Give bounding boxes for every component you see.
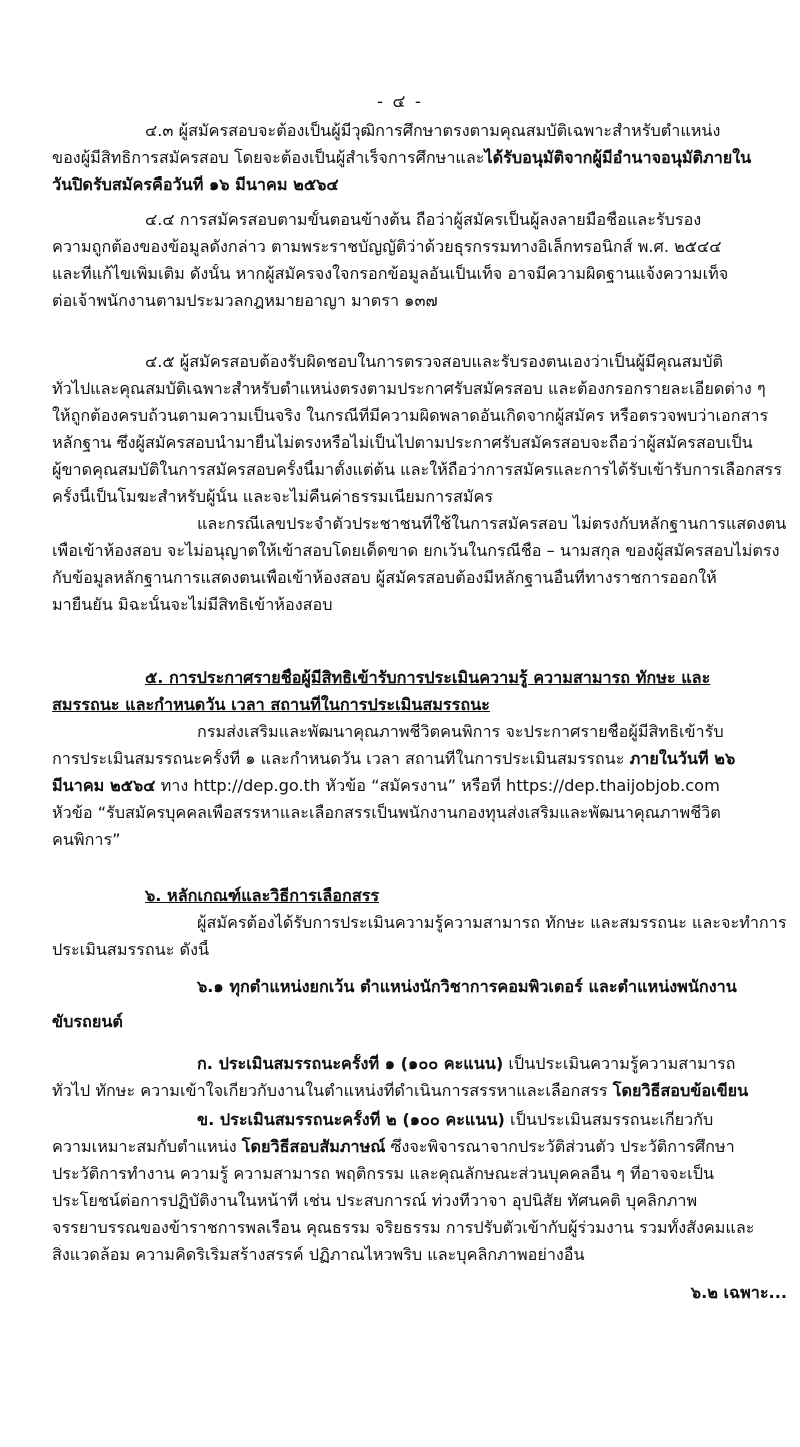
s6-1-line-2: ขับรถยนต์ — [52, 1012, 787, 1032]
s5-line-5: คนพิการ” — [52, 830, 787, 850]
s6-b-text: เป็นประเมินสมรรถนะเกี่ยวกับ — [505, 1110, 713, 1129]
s6-a-line-2: ทั่วไป ทักษะ ความเข้าใจเกี่ยวกับงานในตำแ… — [52, 1081, 787, 1101]
next-page-continuation: ๖.๒ เฉพาะ... — [52, 1283, 787, 1303]
s4-5-line-3: ให้ถูกต้องครบถ้วนตามความเป็นจริง ในกรณีท… — [52, 406, 787, 426]
s4-3-line-3: วันปิดรับสมัครคือวันที่ ๑๖ มีนาคม ๒๕๖๔ — [52, 175, 787, 195]
section-5-heading-line-1: ๕. การประกาศรายชื่อผู้มีสิทธิเข้ารับการป… — [52, 668, 787, 688]
s4-4-line-4: ต่อเจ้าพนักงานตามประมวลกฎหมายอาญา มาตรา … — [52, 291, 787, 311]
page-number: - ๔ - — [0, 88, 800, 115]
s6-a-text-2: ทั่วไป ทักษะ ความเข้าใจเกี่ยวกับงานในตำแ… — [52, 1081, 613, 1100]
s4-5-line-6: ครั้งนี้เป็นโมฆะสำหรับผู้นั้น และจะไม่คื… — [52, 487, 787, 507]
s5-deadline-bold-2: มีนาคม ๒๕๖๔ — [52, 776, 155, 795]
section-6-heading: ๖. หลักเกณฑ์และวิธีการเลือกสรร — [52, 886, 787, 906]
s4-3-line-2: ของผู้มีสิทธิการสมัครสอบ โดยจะต้องเป็นผู… — [52, 148, 787, 168]
s6-a-bold: ก. ประเมินสมรรถนะครั้งที่ ๑ (๑๐๐ คะแนน) — [197, 1054, 503, 1073]
s6-a-text: เป็นประเมินความรู้ความสามารถ — [503, 1054, 735, 1073]
s5-line-3: มีนาคม ๒๕๖๔ ทาง http://dep.go.th หัวข้อ … — [52, 776, 787, 796]
s6-b-line-4: ประโยชน์ต่อการปฏิบัติงานในหน้าที่ เช่น ป… — [52, 1191, 787, 1211]
s4-3-line-1: ๔.๓ ผู้สมัครสอบจะต้องเป็นผู้มีวุฒิการศึก… — [52, 121, 787, 141]
s6-b-text-3: ซึ่งจะพิจารณาจากประวัติส่วนตัว ประวัติกา… — [385, 1137, 734, 1156]
s4-4-line-2: ความถูกต้องของข้อมูลดังกล่าว ตามพระราชบั… — [52, 237, 787, 257]
s4-5-para2-line-2: เพื่อเข้าห้องสอบ จะไม่อนุญาตให้เข้าสอบโด… — [52, 541, 787, 561]
s6-a-line-1: ก. ประเมินสมรรถนะครั้งที่ ๑ (๑๐๐ คะแนน) … — [52, 1054, 787, 1074]
s5-deadline-bold: ภายในวันที่ ๒๖ — [630, 749, 736, 768]
s6-line-1: ผู้สมัครต้องได้รับการประเมินความรู้ความส… — [52, 913, 787, 933]
s6-b-line-5: จรรยาบรรณของข้าราชการพลเรือน คุณธรรม จริ… — [52, 1218, 787, 1238]
s4-3-bold-text: ได้รับอนุมัติจากผู้มีอำนาจอนุมัติภายใน — [484, 148, 751, 167]
s4-5-line-5: ผู้ขาดคุณสมบัติในการสมัครสอบครั้งนี้มาตั… — [52, 460, 787, 480]
s4-5-line-1: ๔.๕ ผู้สมัครสอบต้องรับผิดชอบในการตรวจสอบ… — [52, 352, 787, 372]
s6-1-line-1: ๖.๑ ทุกตำแหน่งยกเว้น ตำแหน่งนักวิชาการคอ… — [52, 977, 787, 997]
s4-5-para2-line-4: มายืนยัน มิฉะนั้นจะไม่มีสิทธิเข้าห้องสอบ — [52, 595, 787, 615]
s6-b-text-2: ความเหมาะสมกับตำแหน่ง — [52, 1137, 242, 1156]
section-5-heading-line-2: สมรรถนะ และกำหนดวัน เวลา สถานที่ในการประ… — [52, 695, 787, 715]
s6-b-method-bold: โดยวิธีสอบสัมภาษณ์ — [242, 1137, 386, 1156]
s6-b-line-6: สิ่งแวดล้อม ความคิดริเริ่มสร้างสรรค์ ปฏิ… — [52, 1245, 787, 1265]
s5-urls: ทาง http://dep.go.th หัวข้อ “สมัครงาน” ห… — [155, 776, 719, 795]
s4-5-line-2: ทั่วไปและคุณสมบัติเฉพาะสำหรับตำแหน่งตรงต… — [52, 379, 787, 399]
s5-line-4: หัวข้อ “รับสมัครบุคคลเพื่อสรรหาและเลือกส… — [52, 803, 787, 823]
s4-4-line-1: ๔.๔ การสมัครสอบตามขั้นตอนข้างต้น ถือว่าผ… — [52, 210, 787, 230]
s5-line-1: กรมส่งเสริมและพัฒนาคุณภาพชีวิตคนพิการ จะ… — [52, 722, 787, 742]
s4-5-line-4: หลักฐาน ซึ่งผู้สมัครสอบนำมายื่นไม่ตรงหรื… — [52, 433, 787, 453]
document-page: - ๔ - ๔.๓ ผู้สมัครสอบจะต้องเป็นผู้มีวุฒิ… — [0, 0, 800, 1447]
s4-3-text: ของผู้มีสิทธิการสมัครสอบ โดยจะต้องเป็นผู… — [52, 148, 484, 167]
s4-5-para2-line-3: กับข้อมูลหลักฐานการแสดงตนเพื่อเข้าห้องสอ… — [52, 568, 787, 588]
s4-5-para2-line-1: และกรณีเลขประจำตัวประชาชนที่ใช้ในการสมัค… — [52, 514, 787, 534]
s6-a-method-bold: โดยวิธีสอบข้อเขียน — [613, 1081, 748, 1100]
s6-b-bold: ข. ประเมินสมรรถนะครั้งที่ ๒ (๑๐๐ คะแนน) — [197, 1110, 505, 1129]
s5-text: การประเมินสมรรถนะครั้งที่ ๑ และกำหนดวัน … — [52, 749, 630, 768]
s6-b-line-1: ข. ประเมินสมรรถนะครั้งที่ ๒ (๑๐๐ คะแนน) … — [52, 1110, 787, 1130]
s6-b-line-3: ประวัติการทำงาน ความรู้ ความสามารถ พฤติก… — [52, 1164, 787, 1184]
s5-line-2: การประเมินสมรรถนะครั้งที่ ๑ และกำหนดวัน … — [52, 749, 787, 769]
s6-line-2: ประเมินสมรรถนะ ดังนี้ — [52, 940, 787, 960]
s6-b-line-2: ความเหมาะสมกับตำแหน่ง โดยวิธีสอบสัมภาษณ์… — [52, 1137, 787, 1157]
s4-4-line-3: และที่แก้ไขเพิ่มเติม ดังนั้น หากผู้สมัคร… — [52, 264, 787, 284]
